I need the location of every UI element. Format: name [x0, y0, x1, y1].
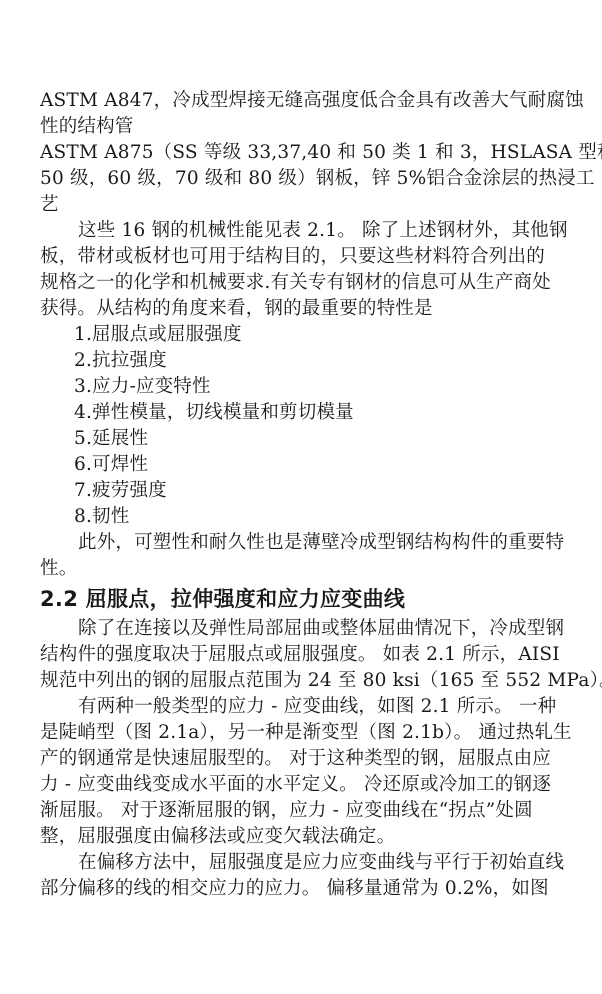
paragraph-additional-properties: 此外，可塑性和耐久性也是薄壁冷成型钢结构构件的重要特 性。 — [40, 530, 562, 582]
text-line: 50 级，60 级，70 级和 80 级）钢板，锌 5%铝合金涂层的热浸工 — [40, 166, 562, 192]
paragraph-properties-intro: 这些 16 钢的机械性能见表 2.1。 除了上述钢材外，其他钢 板，带材或板材也… — [40, 218, 562, 322]
list-item: 3.应力-应变特性 — [40, 374, 562, 400]
text-line: 在偏移方法中，屈服强度是应力应变曲线与平行于初始直线 — [40, 850, 562, 876]
text-line: 除了在连接以及弹性局部屈曲或整体屈曲情况下，冷成型钢 — [40, 616, 562, 642]
text-line: 结构件的强度取决于屈服点或屈服强度。 如表 2.1 所示，AISI — [40, 642, 562, 668]
list-item: 1.屈服点或屈服强度 — [40, 322, 562, 348]
spec-a875-entry: ASTM A875（SS 等级 33,37,40 和 50 类 1 和 3，HS… — [40, 140, 562, 218]
text-line: 规范中列出的钢的屈服点范围为 24 至 80 ksi（165 至 552 MPa… — [40, 668, 562, 694]
text-line: 板，带材或板材也可用于结构目的，只要这些材料符合列出的 — [40, 244, 562, 270]
text-line: ASTM A875（SS 等级 33,37,40 和 50 类 1 和 3，HS… — [40, 140, 562, 166]
text-line: 性的结构管 — [40, 114, 562, 140]
text-line: 获得。从结构的角度来看，钢的最重要的特性是 — [40, 296, 562, 322]
text-line: 艺 — [40, 192, 562, 218]
text-line: 是陡峭型（图 2.1a），另一种是渐变型（图 2.1b）。 通过热轧生 — [40, 720, 562, 746]
text-line: 这些 16 钢的机械性能见表 2.1。 除了上述钢材外，其他钢 — [40, 218, 562, 244]
list-item: 4.弹性模量，切线模量和剪切模量 — [40, 400, 562, 426]
text-line: 有两种一般类型的应力 - 应变曲线，如图 2.1 所示。 一种 — [40, 694, 562, 720]
text-line: 产的钢通常是快速屈服型的。 对于这种类型的钢，屈服点由应 — [40, 746, 562, 772]
list-item: 5.延展性 — [40, 426, 562, 452]
text-line: 此外，可塑性和耐久性也是薄壁冷成型钢结构构件的重要特 — [40, 530, 562, 556]
paragraph-strength: 除了在连接以及弹性局部屈曲或整体屈曲情况下，冷成型钢 结构件的强度取决于屈服点或… — [40, 616, 562, 694]
text-line: 部分偏移的线的相交应力的应力。 偏移量通常为 0.2%，如图 — [40, 876, 562, 902]
text-line: 渐屈服。 对于逐渐屈服的钢，应力 - 应变曲线在“拐点”处圆 — [40, 798, 562, 824]
spec-a847-entry: ASTM A847，冷成型焊接无缝高强度低合金具有改善大气耐腐蚀 性的结构管 — [40, 88, 562, 140]
document-page: ASTM A847，冷成型焊接无缝高强度低合金具有改善大气耐腐蚀 性的结构管 A… — [40, 88, 562, 902]
text-line: 性。 — [40, 556, 562, 582]
section-heading: 2.2 屈服点，拉伸强度和应力应变曲线 — [40, 582, 562, 616]
paragraph-stress-strain-curves: 有两种一般类型的应力 - 应变曲线，如图 2.1 所示。 一种 是陡峭型（图 2… — [40, 694, 562, 850]
list-item: 2.抗拉强度 — [40, 348, 562, 374]
paragraph-offset-method: 在偏移方法中，屈服强度是应力应变曲线与平行于初始直线 部分偏移的线的相交应力的应… — [40, 850, 562, 902]
list-item: 6.可焊性 — [40, 452, 562, 478]
list-item: 7.疲劳强度 — [40, 478, 562, 504]
text-line: 力 - 应变曲线变成水平面的水平定义。 冷还原或冷加工的钢逐 — [40, 772, 562, 798]
text-line: 规格之一的化学和机械要求.有关专有钢材的信息可从生产商处 — [40, 270, 562, 296]
properties-list: 1.屈服点或屈服强度 2.抗拉强度 3.应力-应变特性 4.弹性模量，切线模量和… — [40, 322, 562, 530]
text-line: 整，屈服强度由偏移法或应变欠载法确定。 — [40, 824, 562, 850]
text-line: ASTM A847，冷成型焊接无缝高强度低合金具有改善大气耐腐蚀 — [40, 88, 562, 114]
list-item: 8.韧性 — [40, 504, 562, 530]
